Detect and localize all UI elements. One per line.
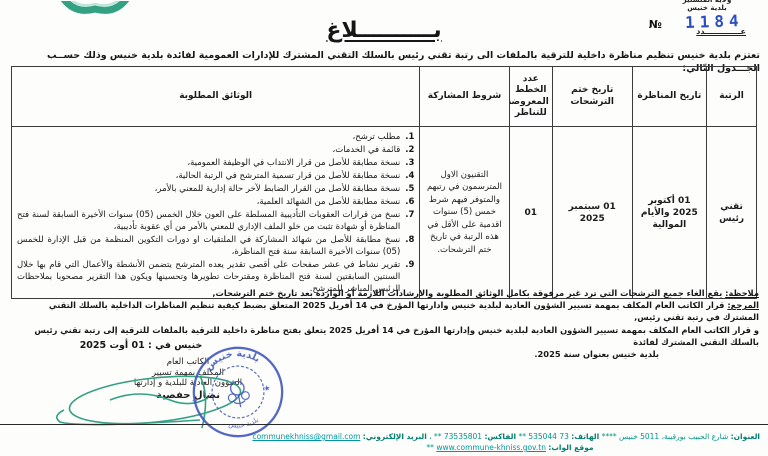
website-link[interactable]: www.commune-khniss.gov.tn <box>436 443 546 452</box>
fax-value: 73535801 <box>444 432 482 441</box>
table-row: تقني رئيس 01 أكتوبر 2025 والأيام الموالي… <box>12 127 757 299</box>
footer-divider <box>0 424 768 425</box>
announcement-document: { "header": { "governorate": "ولاية المن… <box>0 0 768 456</box>
header-positions: عدد الخطط المعروضة للتناظر <box>509 67 552 127</box>
svg-text:★: ★ <box>263 383 271 393</box>
letterhead-region: ولاية المنستير بلدية خنيس <box>652 0 762 12</box>
cell-positions: 01 <box>509 127 552 299</box>
municipality-logo-fragment <box>55 0 135 14</box>
website-label: موقع الواب: <box>548 443 593 452</box>
logo-icon <box>55 1 135 15</box>
svg-text:★: ★ <box>191 396 199 406</box>
address-value: شارع الحبيب بورقيبة، 5011 خنيس <box>619 432 728 441</box>
cell-conditions: التقنيون الاول المترسمون في رتبهم والمتو… <box>420 127 509 299</box>
email-link[interactable]: communekhniss@gmail.com <box>252 432 360 441</box>
footer-website-line: موقع الواب: www.commune-khniss.gov.tn ** <box>300 443 720 452</box>
required-document-item: نسخة مطابقة للأصل من القرار الضابط لآخر … <box>17 183 402 195</box>
separator-stars: ** ، <box>429 432 441 441</box>
email-label: البريد الإلكتروني: <box>363 432 427 441</box>
required-document-item: مطلب ترشح، <box>17 131 402 143</box>
municipal-stamp: بلدية خنيس ★ ★ بلدية خنيس <box>182 336 293 447</box>
note-label: ملاحظة: <box>725 288 759 298</box>
competition-table: الرتبة تاريخ المناظرة تاريخ ختم الترشحات… <box>11 66 757 299</box>
required-document-item: نسخة مطابقة للأصل من قرار تسمية المترشح … <box>17 170 402 182</box>
required-documents-list: مطلب ترشح،قائمة في الخدمات،نسخة مطابقة ل… <box>17 131 402 295</box>
phone-label: الهاتف: <box>571 432 599 441</box>
header-closing-date: تاريخ ختم الترشحات <box>552 67 632 127</box>
table-header-row: الرتبة تاريخ المناظرة تاريخ ختم الترشحات… <box>12 67 757 127</box>
reference-line-1: المرجع: قرار الكاتب العام المكلف بمهمة ت… <box>10 299 759 323</box>
cell-exam-date: 01 أكتوبر 2025 والأيام الموالية <box>632 127 707 299</box>
municipality-name: بلدية خنيس <box>652 4 762 12</box>
reference-label: المرجع: <box>727 300 759 310</box>
fax-label: الفاكس: <box>484 432 516 441</box>
address-label: العنوان: <box>731 432 760 441</box>
stamp-icon: بلدية خنيس ★ ★ بلدية خنيس <box>182 336 293 447</box>
reference-text: قرار الكاتب العام المكلف بمهمة تسيير الش… <box>49 300 759 322</box>
required-document-item: نسخ مطابقة للأصل من شهائد المشاركة في ال… <box>17 234 402 258</box>
header-exam-date: تاريخ المناظرة <box>632 67 707 127</box>
header-rank: الرتبة <box>707 67 757 127</box>
header-documents: الوثائق المطلوبة <box>12 67 420 127</box>
footer-contact-line: العنوان: شارع الحبيب بورقيبة، 5011 خنيس … <box>4 432 760 441</box>
cell-documents: مطلب ترشح،قائمة في الخدمات،نسخة مطابقة ل… <box>12 127 420 299</box>
note-line: ملاحظة: يقع الغاء جميع الترشحات التي ترد… <box>10 287 759 299</box>
required-document-item: قائمة في الخدمات، <box>17 144 402 156</box>
separator-stars: **** <box>602 432 617 441</box>
cell-closing-date: 01 سبتمبر 2025 <box>552 127 632 299</box>
phone-value: 73 535044 <box>528 432 569 441</box>
required-document-item: نسخة مطابقة للأصل من قرار الانتداب في ال… <box>17 157 402 169</box>
note-text: يقع الغاء جميع الترشحات التي ترد غير مرف… <box>212 288 725 298</box>
separator-stars: ** <box>426 443 434 452</box>
page-title: بــــــــــلاغ <box>0 18 768 43</box>
required-document-item: نسخة مطابقة للأصل من الشهائد العلمية، <box>17 196 402 208</box>
separator-stars: ** <box>518 432 526 441</box>
required-document-item: نسخ من قرارات العقوبات التأديبية المسلطة… <box>17 209 402 233</box>
header-conditions: شروط المشاركة <box>420 67 509 127</box>
cell-rank: تقني رئيس <box>707 127 757 299</box>
place-date-line: خنيس في : 01 أوت 2025 <box>66 340 216 351</box>
